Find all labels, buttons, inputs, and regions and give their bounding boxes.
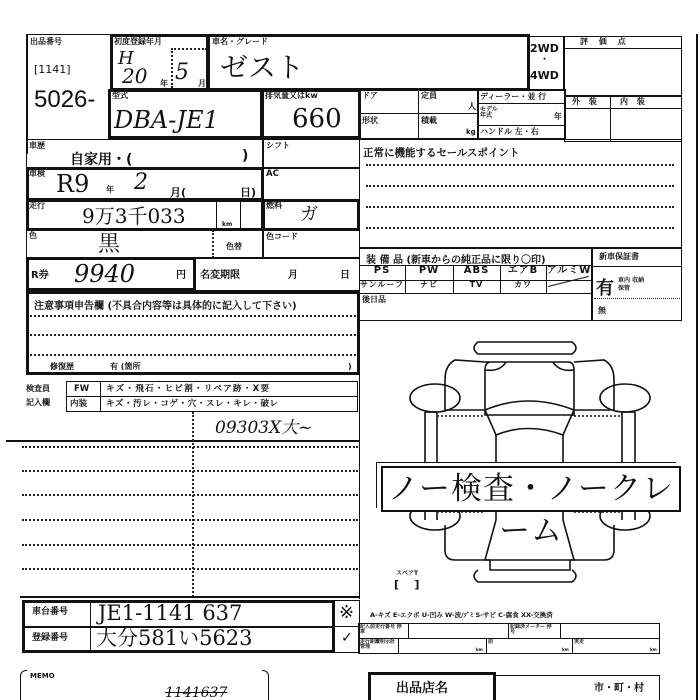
car-name-label: 車名・グレード: [212, 38, 268, 46]
inspector-items-mid: [66, 396, 358, 397]
fw-label: FW: [74, 385, 89, 394]
damage-legend: A-キズ E-エクボ U-凹み W-波/ｿﾞﾐ S-サビ C-腐食 XX-交換済: [370, 612, 553, 619]
mileage-label: 走行: [29, 202, 45, 210]
color-value[interactable]: 黒: [98, 234, 120, 256]
chassis-value[interactable]: JE1-1141 637: [98, 603, 242, 624]
lot-number: 5026-: [34, 86, 95, 114]
warranty-yes-note: 車内 収納保管: [618, 277, 648, 293]
equipment-title: 装 備 品 (新車からの純正品に限り〇印): [366, 251, 546, 266]
memo-bracket-left: [20, 670, 27, 700]
mileage-cell-divider-2: [240, 199, 241, 231]
inspection-era[interactable]: R9: [56, 172, 89, 196]
inspector-label-1: 検査員: [26, 385, 50, 393]
load-label: 積載: [421, 117, 437, 125]
notes-line-2: [30, 334, 356, 336]
model-year-unit: 年: [554, 113, 562, 121]
inspection-label: 車検: [29, 170, 45, 178]
dealer-label[interactable]: ディーラー・並 行: [480, 93, 546, 101]
inspection-year-unit: 年: [106, 186, 114, 194]
dealer-line-1: [477, 103, 566, 104]
memo-top-line: [6, 440, 360, 442]
usage-label: 車歴: [29, 142, 45, 150]
name-change-day: 日: [340, 271, 350, 281]
legend-row-1-div-1: [408, 623, 409, 639]
equipment-item[interactable]: ABS: [453, 266, 500, 276]
drive-2wd[interactable]: 2WD: [530, 43, 559, 54]
city-label: 市・町・村: [594, 679, 644, 694]
year-unit: 年: [160, 80, 168, 88]
mark-2: ✓: [341, 630, 353, 646]
memo-value[interactable]: 1141637: [165, 686, 227, 700]
displacement-label: 排気量又はkw: [265, 92, 318, 100]
car-diagram[interactable]: [360, 320, 700, 600]
legend-row-2-div-1: [398, 638, 399, 654]
reg-value[interactable]: 大分581い5623: [96, 628, 253, 649]
legend-cell-5: 実走: [574, 640, 584, 645]
month-unit: 月: [198, 80, 206, 88]
capacity-unit: 人: [468, 103, 476, 111]
drive-sep: ・: [540, 56, 549, 65]
later-items-label: 後日品: [362, 296, 386, 304]
model-label: 型式: [112, 92, 128, 100]
repair-close: ): [348, 363, 352, 371]
displacement-value[interactable]: 660: [292, 106, 342, 132]
lot-label: 出品番号: [30, 38, 62, 46]
interior-inspect-label: 内装: [70, 400, 87, 409]
ruled-bottom-line: [20, 596, 360, 598]
reg-label: 登録番号: [32, 634, 68, 643]
ruled-line: [22, 519, 358, 521]
memo-label: MEMO: [30, 673, 55, 680]
ac-label: AC: [266, 170, 279, 179]
usage-box: [26, 139, 264, 169]
dealer-line-2: [477, 125, 566, 126]
chassis-label-div: [90, 600, 91, 653]
mileage-value[interactable]: 9万3千033: [82, 206, 186, 226]
equipment-item[interactable]: アルミW: [546, 266, 592, 276]
chassis-label: 車台番号: [32, 608, 68, 617]
legend-cell-2: 記録済メーター 停 号: [510, 625, 558, 635]
color-change-label: 色替: [226, 243, 242, 251]
door-shape-divider: [359, 113, 479, 114]
mileage-unit: km: [222, 222, 232, 228]
capacity-label: 定員: [421, 92, 437, 100]
recycle-label: R券: [31, 271, 49, 281]
score-label: 評 価 点: [580, 38, 630, 46]
equipment-item[interactable]: カワ: [500, 281, 546, 289]
equipment-item[interactable]: PW: [405, 266, 453, 276]
shape-label: 形状: [362, 117, 378, 125]
ruled-line: [22, 568, 358, 570]
ruled-line: [22, 494, 358, 496]
warranty-label: 新車保証書: [599, 253, 639, 261]
model-year-label: モデル年式: [480, 107, 502, 119]
notes-title: 注意事項申告欄 (不具合内容等は具体的に記入して下さい): [34, 297, 297, 312]
name-change-label: 名変期限: [200, 271, 240, 281]
equipment-item[interactable]: ナビ: [405, 281, 453, 289]
legend-row-2-div-3: [572, 638, 573, 654]
recycle-unit: 円: [176, 271, 186, 281]
sales-line-4: [366, 227, 674, 229]
inspection-day-unit: 日): [240, 184, 256, 200]
ruled-line: [22, 544, 358, 546]
legend-unit-2: km: [562, 648, 569, 652]
spare-tire-value[interactable]: [ ]: [394, 578, 419, 591]
model-value[interactable]: DBA-JE1: [114, 108, 219, 132]
ruled-line: [22, 470, 358, 472]
interior-items[interactable]: キズ・汚レ・コゲ・穴・スレ・キレ・破レ: [106, 400, 279, 409]
usage-close: ): [242, 148, 248, 164]
drive-4wd[interactable]: 4WD: [530, 70, 559, 81]
interior-label: 内 装: [620, 98, 648, 106]
legend-cell-3: 走行距離明示計 管理: [360, 640, 396, 650]
mark-mid: [333, 626, 360, 627]
fuel-label: 燃料: [266, 202, 282, 210]
warranty-divider: [594, 298, 680, 299]
month-divider-top: [171, 48, 207, 50]
legend-unit-1: km: [476, 648, 483, 652]
exterior-interior-header-line: [564, 108, 682, 109]
color-code-label: 色コード: [266, 233, 298, 241]
legend-row-2-div-2: [486, 638, 487, 654]
equip-line-3: [359, 293, 592, 294]
first-registration-label: 初度登録年月: [114, 38, 162, 46]
inspection-month-unit: 月(: [170, 184, 186, 200]
equipment-item[interactable]: TV: [453, 281, 500, 289]
equipment-item[interactable]: エアB: [500, 266, 546, 276]
legend-cell-4: 前: [488, 640, 493, 645]
handle-label[interactable]: ハンドル 左・右: [480, 128, 539, 136]
car-name-value[interactable]: ゼスト: [220, 54, 304, 82]
inspector-label-2: 記入欄: [26, 399, 50, 407]
equipment-item[interactable]: サンルーフ: [359, 281, 405, 289]
mark-1: ※: [339, 602, 354, 623]
no-inspection-stamp: ノー検査・ノークレーム: [381, 466, 681, 512]
color-label: 色: [29, 232, 37, 240]
memo-bracket-right: [262, 670, 269, 700]
spare-tire-label: スペアT: [396, 571, 418, 577]
score-header-line: [564, 48, 682, 49]
color-change-divider: [212, 230, 214, 258]
notes-line-1: [30, 315, 356, 317]
warranty-header-line: [592, 266, 682, 267]
mileage-cell-divider-1: [216, 199, 217, 231]
fw-items[interactable]: キズ・飛石・ヒビ割・リペア跡・X要: [106, 385, 270, 394]
name-change-month: 月: [288, 271, 298, 281]
warranty-no[interactable]: 無: [598, 307, 606, 315]
shop-name-label: 出品店名: [396, 677, 448, 696]
legend-unit-3: km: [650, 648, 657, 652]
exterior-label: 外 装: [572, 98, 600, 106]
legend-cell-1: 記入前走行番号 停 車: [360, 625, 406, 635]
warranty-yes[interactable]: 有: [596, 274, 614, 300]
usage-value[interactable]: 自家用・(: [70, 149, 132, 169]
inspector-items-div: [100, 381, 101, 412]
score-value[interactable]: [570, 52, 676, 92]
door-capacity-divider: [418, 89, 419, 139]
sales-line-1: [366, 164, 674, 166]
month-divider: [171, 48, 173, 88]
shift-label: シフト: [266, 142, 290, 150]
sales-points-title: 正常に機能するセールスポイント: [363, 145, 520, 160]
ruled-line: [22, 446, 358, 448]
sales-line-2: [366, 185, 674, 187]
inspection-month[interactable]: 2: [134, 172, 148, 194]
repair-label: 修復歴: [50, 363, 74, 371]
door-label: ドア: [362, 92, 378, 100]
lot-sub-number: [1141]: [34, 63, 71, 76]
legend-row-1-div-3: [560, 623, 561, 639]
first-registration-month[interactable]: 5: [175, 62, 189, 84]
legend-row-1-div-2: [508, 623, 509, 639]
lot-box-left-border: [26, 34, 28, 154]
repair-value[interactable]: 有 (箇所: [110, 363, 140, 371]
handwritten-note: 09303X大~: [215, 420, 312, 437]
recycle-value[interactable]: 9940: [74, 262, 135, 286]
load-unit: kg: [466, 129, 476, 136]
equipment-item[interactable]: PS: [359, 266, 405, 276]
legend-row-2: [358, 638, 660, 654]
sales-line-3: [366, 206, 674, 208]
notes-line-3: [30, 354, 356, 356]
exterior-interior-divider: [610, 96, 611, 142]
fuel-value[interactable]: ガ: [300, 206, 318, 224]
first-registration-year[interactable]: 20: [122, 66, 147, 86]
